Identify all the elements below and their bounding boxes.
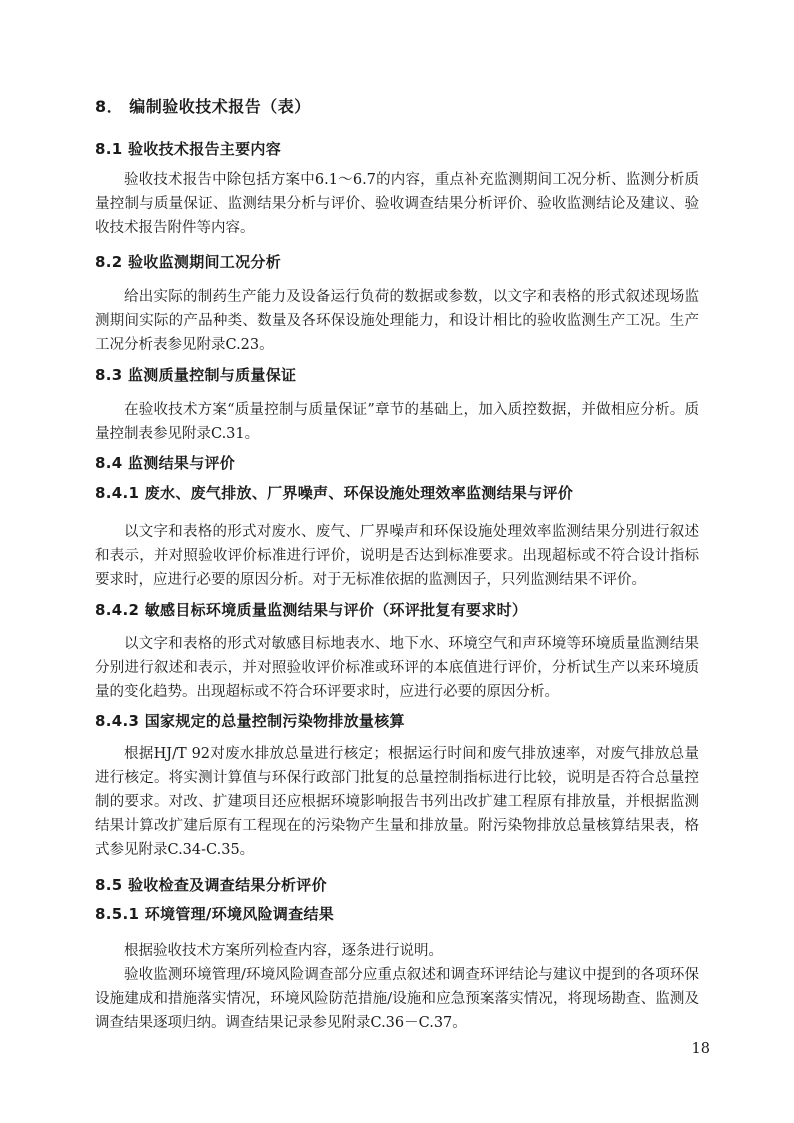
heading-8-2: 8.2 验收监测期间工况分析: [95, 252, 699, 272]
heading-8-5-1: 8.5.1 环境管理/环境风险调查结果: [95, 904, 699, 924]
paragraph-8-1: 验收技术报告中除包括方案中6.1～6.7的内容，重点补充监测期间工况分析、监测分…: [95, 168, 699, 240]
heading-8-4-2: 8.4.2 敏感目标环境质量监测结果与评价（环评批复有要求时）: [95, 600, 699, 620]
heading-8-4-1: 8.4.1 废水、废气排放、厂界噪声、环保设施处理效率监测结果与评价: [95, 483, 699, 503]
paragraph-8-2: 给出实际的制药生产能力及设备运行负荷的数据或参数，以文字和表格的形式叙述现场监测…: [95, 285, 699, 357]
heading-8-1: 8.1 验收技术报告主要内容: [95, 139, 699, 159]
heading-8: 8． 编制验收技术报告（表）: [95, 97, 699, 117]
paragraph-8-4-2: 以文字和表格的形式对敏感目标地表水、地下水、环境空气和声环境等环境质量监测结果分…: [95, 632, 699, 704]
document-page: 8． 编制验收技术报告（表） 8.1 验收技术报告主要内容 验收技术报告中除包括…: [0, 0, 794, 1123]
paragraph-8-4-3: 根据HJ/T 92对废水排放总量进行核定；根据运行时间和废气排放速率，对废气排放…: [95, 742, 699, 862]
paragraph-8-5-1-a: 根据验收技术方案所列检查内容，逐条进行说明。: [95, 939, 699, 963]
paragraph-8-3: 在验收技术方案“质量控制与质量保证”章节的基础上，加入质控数据，并做相应分析。质…: [95, 398, 699, 446]
heading-8-4: 8.4 监测结果与评价: [95, 453, 699, 473]
page-number: 18: [692, 1040, 710, 1058]
paragraph-8-4-1: 以文字和表格的形式对废水、废气、厂界噪声和环保设施处理效率监测结果分别进行叙述和…: [95, 520, 699, 592]
heading-8-4-3: 8.4.3 国家规定的总量控制污染物排放量核算: [95, 711, 699, 731]
paragraph-8-5-1-b: 验收监测环境管理/环境风险调查部分应重点叙述和调查环评结论与建议中提到的各项环保…: [95, 963, 699, 1035]
heading-8-3: 8.3 监测质量控制与质量保证: [95, 365, 699, 385]
heading-8-5: 8.5 验收检查及调查结果分析评价: [95, 875, 699, 895]
